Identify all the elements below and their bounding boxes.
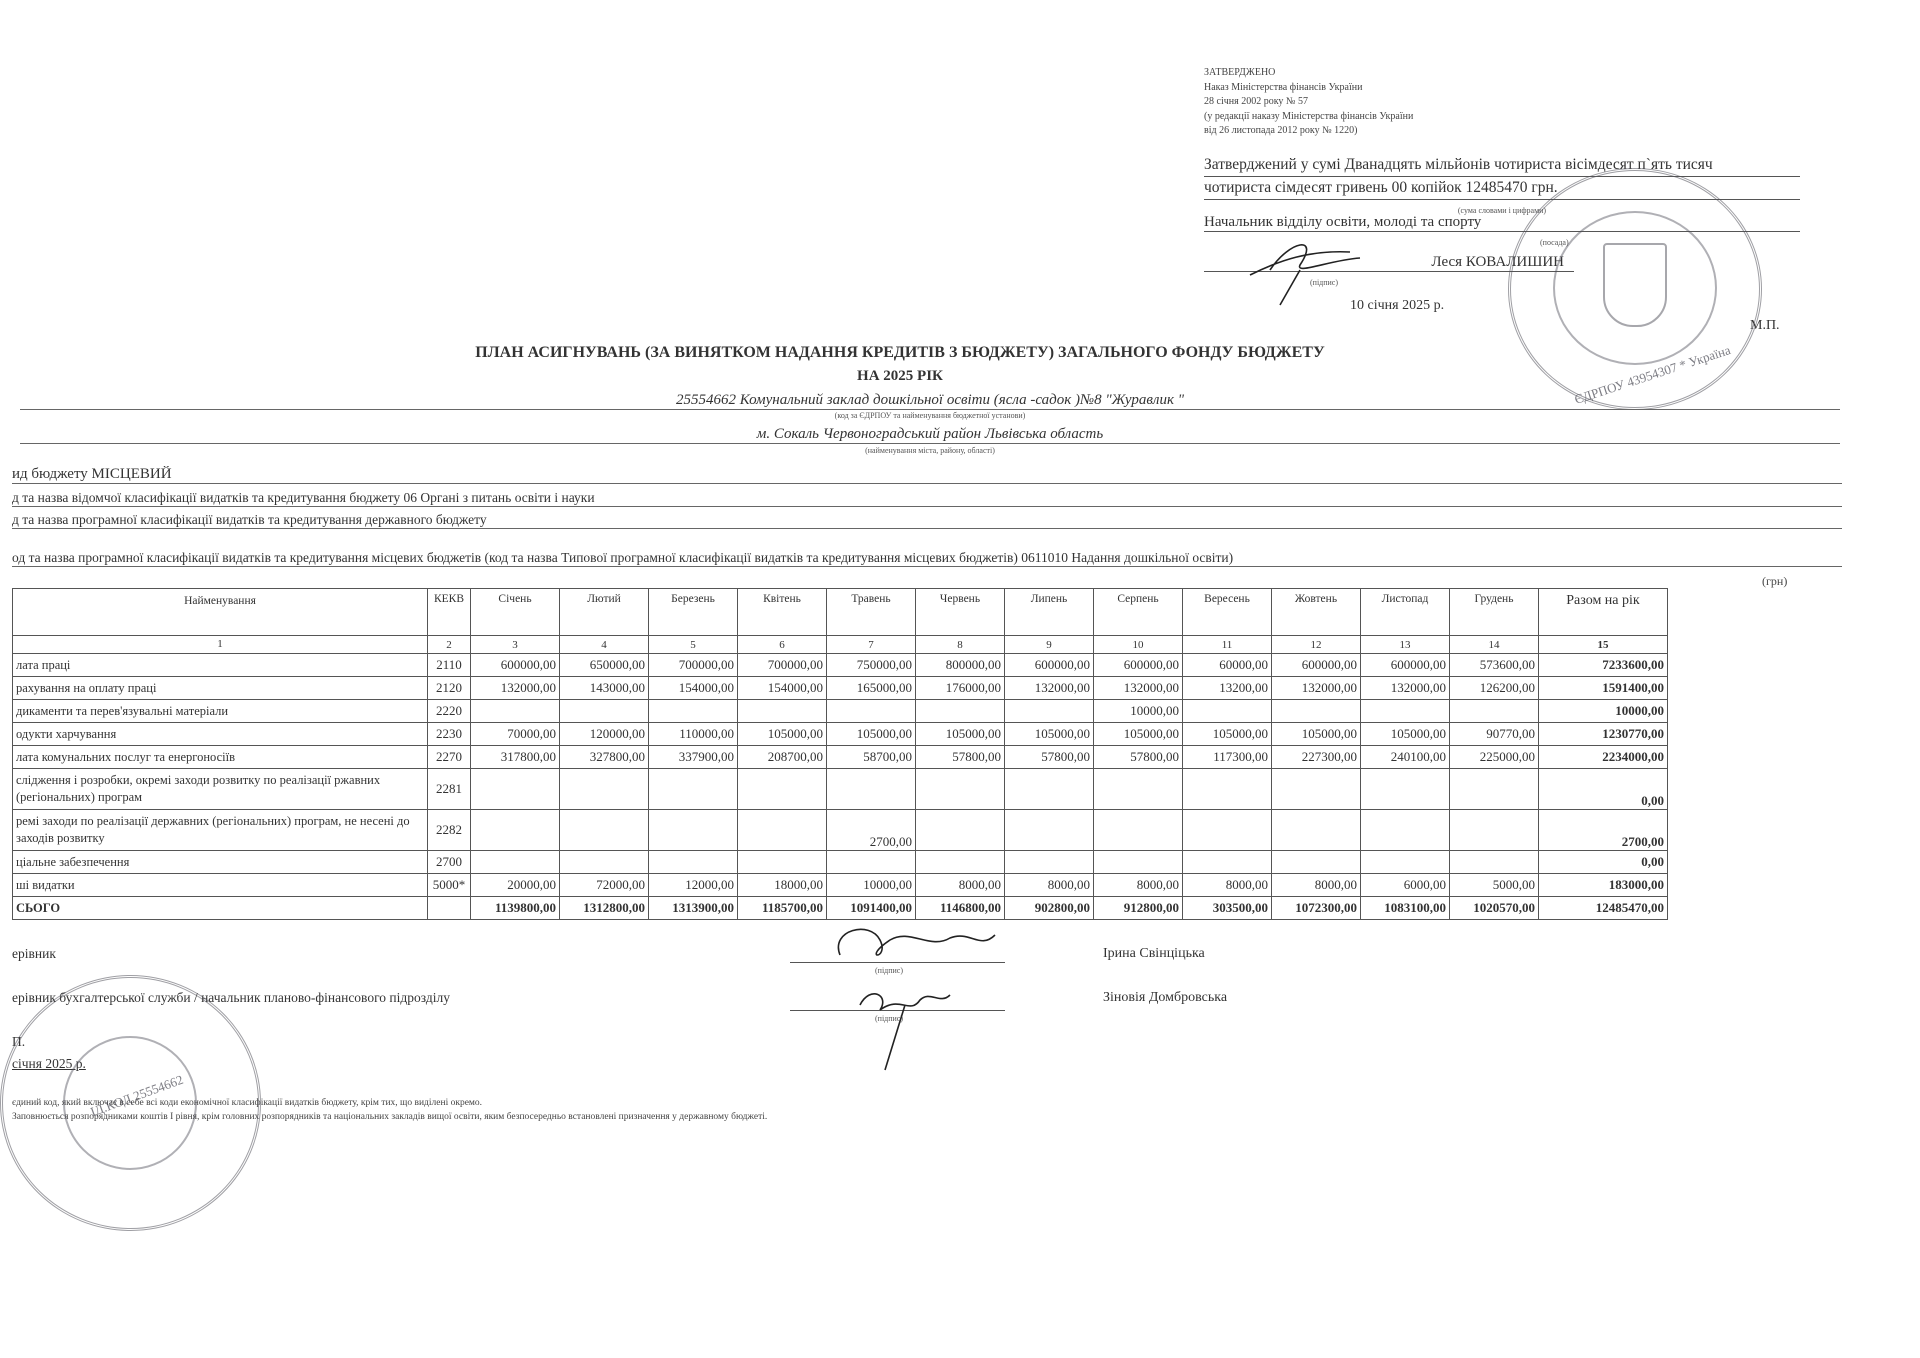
column-header: Квітень: [738, 589, 827, 636]
month-value: 57800,00: [916, 746, 1005, 769]
month-value: [1361, 851, 1450, 874]
month-value: 600000,00: [1361, 654, 1450, 677]
month-value: 2700,00: [827, 810, 916, 851]
month-value: 1083100,00: [1361, 897, 1450, 920]
row-kekv: 2120: [428, 677, 471, 700]
year-total: 0,00: [1539, 769, 1668, 810]
month-value: 132000,00: [471, 677, 560, 700]
month-value: [1005, 851, 1094, 874]
month-value: 600000,00: [1094, 654, 1183, 677]
month-value: 1185700,00: [738, 897, 827, 920]
month-value: 132000,00: [1005, 677, 1094, 700]
table-row: лата комунальних послуг та енергоносіїв2…: [13, 746, 1668, 769]
institution-caption: (код за ЄДРПОУ та найменування бюджетної…: [20, 411, 1840, 420]
column-number: 5: [649, 636, 738, 654]
table-row: ші видатки5000*20000,0072000,0012000,001…: [13, 874, 1668, 897]
column-number: 3: [471, 636, 560, 654]
month-value: 132000,00: [1361, 677, 1450, 700]
month-value: [649, 851, 738, 874]
month-value: [1450, 769, 1539, 810]
document-year: НА 2025 РІК: [300, 368, 1500, 385]
column-number: 13: [1361, 636, 1450, 654]
month-value: [560, 810, 649, 851]
month-value: 317800,00: [471, 746, 560, 769]
month-value: 105000,00: [1094, 723, 1183, 746]
column-header: Жовтень: [1272, 589, 1361, 636]
row-kekv: [428, 897, 471, 920]
month-value: 1139800,00: [471, 897, 560, 920]
month-value: 700000,00: [738, 654, 827, 677]
month-value: 10000,00: [827, 874, 916, 897]
row-kekv: 2281: [428, 769, 471, 810]
approved-sum-line-1: Затверджений у сумі Дванадцять мільйонів…: [1204, 154, 1800, 177]
head-name: Ірина Свінціцька: [1103, 946, 1205, 962]
month-value: [1094, 810, 1183, 851]
column-number: 12: [1272, 636, 1361, 654]
column-header: Червень: [916, 589, 1005, 636]
column-number: 14: [1450, 636, 1539, 654]
month-value: [1183, 851, 1272, 874]
row-name: ші видатки: [13, 874, 428, 897]
month-value: 13200,00: [1183, 677, 1272, 700]
column-header: Грудень: [1450, 589, 1539, 636]
month-value: [471, 810, 560, 851]
column-number: 15: [1539, 636, 1668, 654]
row-name: ціальне забезпечення: [13, 851, 428, 874]
month-value: 8000,00: [1272, 874, 1361, 897]
departmental-classification: д та назва відомчої класифікації видаткі…: [12, 490, 1842, 507]
column-header: Серпень: [1094, 589, 1183, 636]
month-value: 90770,00: [1450, 723, 1539, 746]
row-name: лата комунальних послуг та енергоносіїв: [13, 746, 428, 769]
column-number: 4: [560, 636, 649, 654]
month-value: 176000,00: [916, 677, 1005, 700]
row-kekv: 2220: [428, 700, 471, 723]
month-value: [1272, 700, 1361, 723]
column-header: Січень: [471, 589, 560, 636]
month-value: [649, 810, 738, 851]
column-number: 11: [1183, 636, 1272, 654]
month-value: 110000,00: [649, 723, 738, 746]
month-value: [1450, 810, 1539, 851]
column-header: Вересень: [1183, 589, 1272, 636]
month-value: 1313900,00: [649, 897, 738, 920]
table-row: дикаменти та перев'язувальні матеріали22…: [13, 700, 1668, 723]
year-total: 1230770,00: [1539, 723, 1668, 746]
month-value: 126200,00: [1450, 677, 1539, 700]
month-value: [560, 851, 649, 874]
month-value: 117300,00: [1183, 746, 1272, 769]
table-row: СЬОГО1139800,001312800,001313900,0011857…: [13, 897, 1668, 920]
month-value: 1020570,00: [1450, 897, 1539, 920]
row-kekv: 2110: [428, 654, 471, 677]
month-value: 650000,00: [560, 654, 649, 677]
month-value: 337900,00: [649, 746, 738, 769]
month-value: 6000,00: [1361, 874, 1450, 897]
approval-date: 10 січня 2025 р.: [1350, 298, 1444, 314]
month-value: 105000,00: [1361, 723, 1450, 746]
column-number: 2: [428, 636, 471, 654]
row-kekv: 5000*: [428, 874, 471, 897]
month-value: [1272, 851, 1361, 874]
month-value: 902800,00: [1005, 897, 1094, 920]
column-header: Листопад: [1361, 589, 1450, 636]
location: м. Сокаль Червоноградський район Львівсь…: [20, 426, 1840, 444]
month-value: 60000,00: [1183, 654, 1272, 677]
month-value: 750000,00: [827, 654, 916, 677]
month-value: 58700,00: [827, 746, 916, 769]
month-value: 5000,00: [1450, 874, 1539, 897]
month-value: [1005, 700, 1094, 723]
column-number-row: 123456789101112131415: [13, 636, 1668, 654]
column-number: 1: [13, 636, 428, 654]
month-value: 105000,00: [1005, 723, 1094, 746]
row-name: рахування на оплату праці: [13, 677, 428, 700]
month-value: 120000,00: [560, 723, 649, 746]
year-total: 2700,00: [1539, 810, 1668, 851]
month-value: [738, 810, 827, 851]
column-number: 9: [1005, 636, 1094, 654]
currency-unit: (грн): [1762, 574, 1787, 589]
month-value: 573600,00: [1450, 654, 1539, 677]
column-header: Разом на рік: [1539, 589, 1668, 636]
month-value: [827, 700, 916, 723]
month-value: 105000,00: [1183, 723, 1272, 746]
month-value: 800000,00: [916, 654, 1005, 677]
trident-emblem-icon: [1603, 243, 1667, 327]
column-header: Лютий: [560, 589, 649, 636]
month-value: [1183, 700, 1272, 723]
month-value: 8000,00: [1094, 874, 1183, 897]
month-value: 1312800,00: [560, 897, 649, 920]
month-value: 57800,00: [1005, 746, 1094, 769]
approval-block: ЗАТВЕРДЖЕНО Наказ Міністерства фінансів …: [1204, 66, 1413, 139]
row-name: СЬОГО: [13, 897, 428, 920]
month-value: 132000,00: [1272, 677, 1361, 700]
month-value: [1361, 769, 1450, 810]
year-total: 2234000,00: [1539, 746, 1668, 769]
month-value: [916, 810, 1005, 851]
column-number: 8: [916, 636, 1005, 654]
head-signature: [820, 920, 1020, 970]
month-value: [560, 769, 649, 810]
year-total: 183000,00: [1539, 874, 1668, 897]
month-value: [1094, 851, 1183, 874]
table-row: ремі заходи по реалізації державних (рег…: [13, 810, 1668, 851]
month-value: [916, 769, 1005, 810]
approval-line: 28 січня 2002 року № 57: [1204, 95, 1413, 110]
year-total: 0,00: [1539, 851, 1668, 874]
row-kekv: 2700: [428, 851, 471, 874]
month-value: 57800,00: [1094, 746, 1183, 769]
month-value: [738, 851, 827, 874]
month-value: [738, 700, 827, 723]
month-value: 600000,00: [1005, 654, 1094, 677]
month-value: [916, 700, 1005, 723]
location-caption: (найменування міста, району, області): [20, 446, 1840, 455]
column-number: 10: [1094, 636, 1183, 654]
month-value: 1146800,00: [916, 897, 1005, 920]
month-value: 8000,00: [1183, 874, 1272, 897]
table-row: рахування на оплату праці2120132000,0014…: [13, 677, 1668, 700]
month-value: 105000,00: [1272, 723, 1361, 746]
state-program-classification: д та назва програмної класифікації видат…: [12, 512, 1842, 529]
month-value: [1005, 769, 1094, 810]
institution: 25554662 Комунальний заклад дошкільної о…: [20, 392, 1840, 410]
month-value: [560, 700, 649, 723]
row-name: ремі заходи по реалізації державних (рег…: [13, 810, 428, 851]
table-row: слідження і розробки, окремі заходи розв…: [13, 769, 1668, 810]
column-number: 7: [827, 636, 916, 654]
month-value: 105000,00: [827, 723, 916, 746]
year-total: 7233600,00: [1539, 654, 1668, 677]
month-value: [471, 700, 560, 723]
month-value: 70000,00: [471, 723, 560, 746]
month-value: [1005, 810, 1094, 851]
month-value: 912800,00: [1094, 897, 1183, 920]
month-value: [1094, 769, 1183, 810]
month-value: [1272, 769, 1361, 810]
month-value: [471, 851, 560, 874]
column-header: КЕКВ: [428, 589, 471, 636]
month-value: [471, 769, 560, 810]
month-value: 327800,00: [560, 746, 649, 769]
column-header: Липень: [1005, 589, 1094, 636]
approval-line: Наказ Міністерства фінансів України: [1204, 81, 1413, 96]
approval-line: (у редакції наказу Міністерства фінансів…: [1204, 110, 1413, 125]
month-value: 10000,00: [1094, 700, 1183, 723]
month-value: 143000,00: [560, 677, 649, 700]
month-value: 240100,00: [1361, 746, 1450, 769]
row-name: лата праці: [13, 654, 428, 677]
month-value: 72000,00: [560, 874, 649, 897]
month-value: 18000,00: [738, 874, 827, 897]
row-kekv: 2230: [428, 723, 471, 746]
row-kekv: 2270: [428, 746, 471, 769]
month-value: 1072300,00: [1272, 897, 1361, 920]
month-value: 208700,00: [738, 746, 827, 769]
column-number: 6: [738, 636, 827, 654]
column-header: Найменування: [13, 589, 428, 636]
row-name: дикаменти та перев'язувальні матеріали: [13, 700, 428, 723]
month-value: 303500,00: [1183, 897, 1272, 920]
month-value: 600000,00: [1272, 654, 1361, 677]
row-name: слідження і розробки, окремі заходи розв…: [13, 769, 428, 810]
month-value: 165000,00: [827, 677, 916, 700]
month-value: 132000,00: [1094, 677, 1183, 700]
year-total: 10000,00: [1539, 700, 1668, 723]
month-value: [827, 769, 916, 810]
official-seal-bottom: ІД.КОД 25554662: [0, 975, 261, 1231]
table-row: ціальне забезпечення27000,00: [13, 851, 1668, 874]
month-value: [738, 769, 827, 810]
year-total: 12485470,00: [1539, 897, 1668, 920]
column-header: Травень: [827, 589, 916, 636]
month-value: 12000,00: [649, 874, 738, 897]
month-value: [916, 851, 1005, 874]
table-row: лата праці2110600000,00650000,00700000,0…: [13, 654, 1668, 677]
month-value: [1361, 700, 1450, 723]
year-total: 1591400,00: [1539, 677, 1668, 700]
head-label: ерівник: [12, 946, 56, 962]
row-kekv: 2282: [428, 810, 471, 851]
month-value: [1450, 700, 1539, 723]
month-value: [1183, 810, 1272, 851]
document-title: ПЛАН АСИГНУВАНЬ (ЗА ВИНЯТКОМ НАДАННЯ КРЕ…: [300, 344, 1500, 362]
row-name: одукти харчування: [13, 723, 428, 746]
month-value: 227300,00: [1272, 746, 1361, 769]
month-value: [1450, 851, 1539, 874]
column-header: Березень: [649, 589, 738, 636]
month-value: 600000,00: [471, 654, 560, 677]
local-program-classification: од та назва програмної класифікації вида…: [12, 550, 1842, 567]
allocation-table: НайменуванняКЕКВСіченьЛютийБерезеньКвіте…: [12, 588, 1668, 920]
header-row: НайменуванняКЕКВСіченьЛютийБерезеньКвіте…: [13, 589, 1668, 636]
month-value: 700000,00: [649, 654, 738, 677]
month-value: 154000,00: [738, 677, 827, 700]
month-value: 20000,00: [471, 874, 560, 897]
month-value: 8000,00: [1005, 874, 1094, 897]
official-seal-top: ЄДРПОУ 43954307 * Україна: [1508, 168, 1762, 410]
budget-type: ид бюджету МІСЦЕВИЙ: [12, 466, 1842, 484]
month-value: [1361, 810, 1450, 851]
month-value: 225000,00: [1450, 746, 1539, 769]
month-value: 1091400,00: [827, 897, 916, 920]
month-value: [827, 851, 916, 874]
month-value: 8000,00: [916, 874, 1005, 897]
approval-line: від 26 листопада 2012 року № 1220): [1204, 124, 1413, 139]
accountant-name: Зіновія Домбровська: [1103, 990, 1227, 1006]
approval-header: ЗАТВЕРДЖЕНО: [1204, 66, 1413, 81]
month-value: [1272, 810, 1361, 851]
month-value: [649, 700, 738, 723]
month-value: [649, 769, 738, 810]
month-value: 105000,00: [738, 723, 827, 746]
accountant-signature: [850, 975, 970, 1075]
table-row: одукти харчування223070000,00120000,0011…: [13, 723, 1668, 746]
month-value: [1183, 769, 1272, 810]
month-value: 105000,00: [916, 723, 1005, 746]
month-value: 154000,00: [649, 677, 738, 700]
